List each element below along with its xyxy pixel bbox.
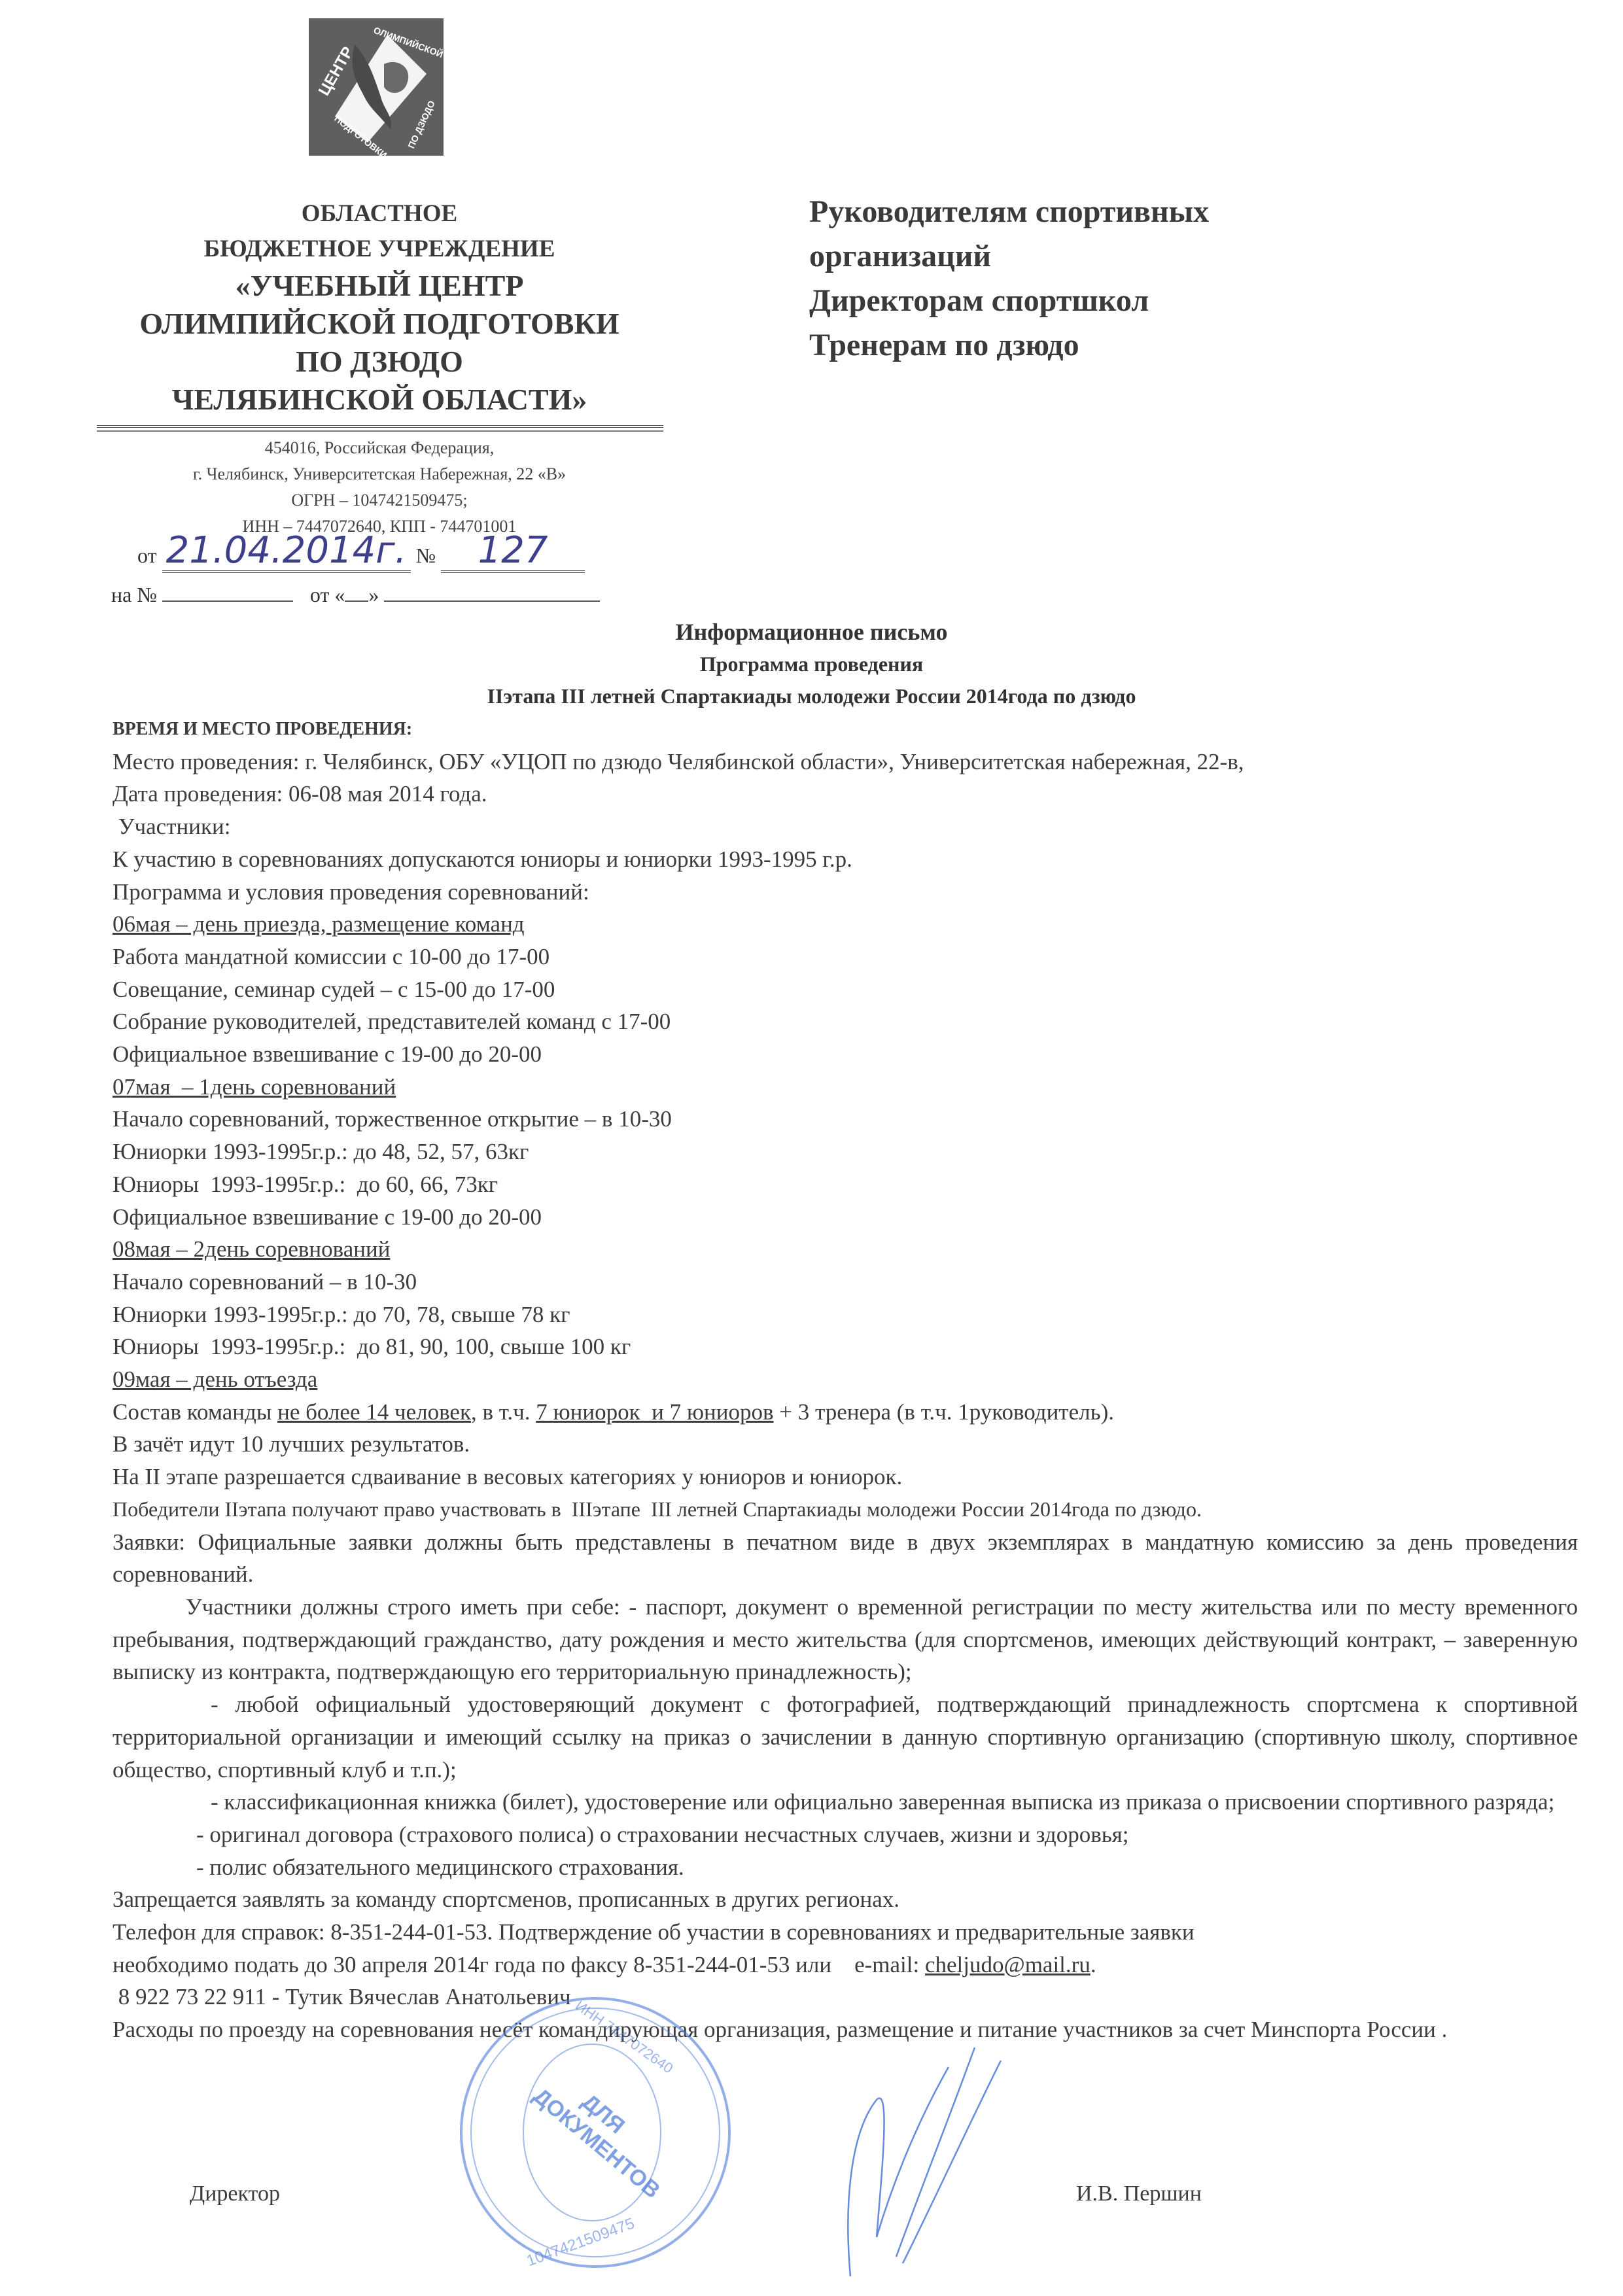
venue-text: Место проведения: г. Челябинск, ОБУ «УЦО… bbox=[113, 746, 1578, 778]
contact-line: необходимо подать до 30 апреля 2014г год… bbox=[113, 1949, 1578, 1981]
org-line: БЮДЖЕТНОЕ УЧРЕЖДЕНИЕ bbox=[92, 232, 667, 267]
team-suffix: + 3 тренера (в т.ч. 1руководитель). bbox=[773, 1399, 1114, 1425]
program-heading: Программа и условия проведения соревнова… bbox=[113, 876, 1578, 909]
team-composition-detail: 7 юниорок и 7 юниоров bbox=[536, 1399, 773, 1425]
scoring-text: В зачёт идут 10 лучших результатов. bbox=[113, 1428, 1578, 1461]
reply-close: » bbox=[368, 583, 379, 606]
number-label: № bbox=[416, 544, 436, 567]
address-line: 454016, Российская Федерация, bbox=[131, 435, 628, 461]
day-title: 06мая – день приезда, размещение команд bbox=[113, 908, 1578, 941]
expenses-text: Расходы по проезду на соревнования несёт… bbox=[113, 2013, 1578, 2046]
organization-address: 454016, Российская Федерация, г. Челябин… bbox=[131, 435, 628, 540]
header-divider-thin bbox=[97, 430, 663, 432]
schedule-item: Начало соревнований, торжественное откры… bbox=[113, 1103, 1578, 1136]
doubling-text: На II этапе разрешается сдваивание в вес… bbox=[113, 1461, 1578, 1493]
document-item: - оригинал договора (страхового полиса) … bbox=[113, 1818, 1578, 1851]
organization-logo: ЦЕНТР ОЛИМПИЙСКОЙ ПОДГОТОВКИ ПО ДЗЮДО bbox=[309, 18, 444, 156]
registration-line: от 21.04.2014г. № 127 bbox=[137, 531, 585, 573]
organization-name: ОБЛАСТНОЕ БЮДЖЕТНОЕ УЧРЕЖДЕНИЕ «УЧЕБНЫЙ … bbox=[92, 196, 667, 419]
participants-text: К участию в соревнованиях допускаются юн… bbox=[113, 843, 1578, 876]
contact-person: 8 922 73 22 911 - Тутик Вячеслав Анатоль… bbox=[113, 1981, 1578, 2013]
winners-text: Победители IIэтапа получают право участв… bbox=[113, 1493, 1578, 1526]
handwritten-signature-icon bbox=[837, 2041, 1021, 2283]
contact-suffix: . bbox=[1091, 1952, 1096, 1977]
team-composition: Состав команды не более 14 человек, в т.… bbox=[113, 1396, 1578, 1429]
team-limit: не более 14 человек bbox=[277, 1399, 471, 1425]
schedule-item: Работа мандатной комиссии с 10-00 до 17-… bbox=[113, 941, 1578, 973]
svg-text:1047421509475: 1047421509475 bbox=[524, 2215, 637, 2270]
address-line: г. Челябинск, Университетская Набережная… bbox=[131, 461, 628, 487]
letter-body: ВРЕМЯ И МЕСТО ПРОВЕДЕНИЯ: Место проведен… bbox=[113, 713, 1578, 2046]
recipient-line: Тренерам по дзюдо bbox=[809, 323, 1209, 368]
letter-titles: Информационное письмо Программа проведен… bbox=[0, 615, 1623, 713]
document-item: - классификационная книжка (билет), удос… bbox=[113, 1786, 1578, 1818]
participants-heading: Участники: bbox=[113, 810, 1578, 843]
recipient-line: Руководителям спортивных bbox=[809, 190, 1209, 234]
schedule-item: Юниорки 1993-1995г.р.: до 48, 52, 57, 63… bbox=[113, 1136, 1578, 1168]
svg-text:ДОКУМЕНТОВ: ДОКУМЕНТОВ bbox=[529, 2083, 665, 2203]
dates-text: Дата проведения: 06-08 мая 2014 года. bbox=[113, 778, 1578, 810]
time-place-heading: ВРЕМЯ И МЕСТО ПРОВЕДЕНИЯ: bbox=[113, 713, 1578, 746]
registration-number: 127 bbox=[441, 531, 585, 573]
day-title: 07мая – 1день соревнований bbox=[113, 1071, 1578, 1104]
schedule-item: Начало соревнований – в 10-30 bbox=[113, 1266, 1578, 1298]
schedule-item: Юниорки 1993-1995г.р.: до 70, 78, свыше … bbox=[113, 1298, 1578, 1331]
applications-text: Заявки: Официальные заявки должны быть п… bbox=[113, 1526, 1578, 1591]
reply-day-blank bbox=[345, 581, 368, 602]
letter-subtitle: Программа проведения bbox=[0, 649, 1623, 679]
judo-center-logo-icon: ЦЕНТР ОЛИМПИЙСКОЙ ПОДГОТОВКИ ПО ДЗЮДО bbox=[309, 18, 444, 156]
recipients-block: Руководителям спортивных организаций Дир… bbox=[809, 190, 1209, 368]
document-item: - полис обязательного медицинского страх… bbox=[113, 1851, 1578, 1884]
recipient-line: организаций bbox=[809, 234, 1209, 279]
schedule-item: Официальное взвешивание с 19-00 до 20-00 bbox=[113, 1038, 1578, 1071]
org-line: «УЧЕБНЫЙ ЦЕНТР bbox=[92, 267, 667, 305]
org-line: ПО ДЗЮДО bbox=[92, 343, 667, 381]
day-title: 08мая – 2день соревнований bbox=[113, 1233, 1578, 1266]
schedule-item: Официальное взвешивание с 19-00 до 20-00 bbox=[113, 1201, 1578, 1234]
address-line: ОГРН – 1047421509475; bbox=[131, 487, 628, 513]
document-item: - любой официальный удостоверяющий докум… bbox=[113, 1688, 1578, 1786]
signer-name: И.В. Першин bbox=[1076, 2182, 1202, 2206]
schedule-item: Юниоры 1993-1995г.р.: до 60, 66, 73кг bbox=[113, 1168, 1578, 1201]
team-prefix: Состав команды bbox=[113, 1399, 277, 1425]
reply-to-label: на № bbox=[111, 583, 157, 606]
from-label: от bbox=[137, 544, 157, 567]
reply-from-label: от « bbox=[310, 583, 345, 606]
event-title: IIэтапа III летней Спартакиады молодежи … bbox=[0, 679, 1623, 713]
header-divider bbox=[97, 425, 663, 428]
documents-intro: Участники должны строго иметь при себе: … bbox=[113, 1591, 1578, 1688]
reply-number-blank bbox=[162, 581, 293, 602]
org-line: ЧЕЛЯБИНСКОЙ ОБЛАСТИ» bbox=[92, 381, 667, 419]
reply-date-blank bbox=[384, 581, 600, 602]
team-middle: , в т.ч. bbox=[471, 1399, 536, 1425]
email-link[interactable]: cheljudo@mail.ru bbox=[925, 1952, 1091, 1977]
registration-date: 21.04.2014г. bbox=[162, 531, 411, 573]
org-line: ОЛИМПИЙСКОЙ ПОДГОТОВКИ bbox=[92, 305, 667, 343]
day-title: 09мая – день отъезда bbox=[113, 1363, 1578, 1396]
schedule-item: Собрание руководителей, представителей к… bbox=[113, 1005, 1578, 1038]
schedule-item: Юниоры 1993-1995г.р.: до 81, 90, 100, св… bbox=[113, 1331, 1578, 1363]
letter-title: Информационное письмо bbox=[0, 615, 1623, 649]
contact-deadline: необходимо подать до 30 апреля 2014г год… bbox=[113, 1952, 925, 1977]
org-line: ОБЛАСТНОЕ bbox=[92, 196, 667, 232]
signer-position: Директор bbox=[190, 2182, 280, 2206]
contact-line: Телефон для справок: 8-351-244-01-53. По… bbox=[113, 1916, 1578, 1949]
svg-text:ДЛЯ: ДЛЯ bbox=[577, 2089, 629, 2139]
prohibition-text: Запрещается заявлять за команду спортсме… bbox=[113, 1883, 1578, 1916]
schedule-item: Совещание, семинар судей – с 15-00 до 17… bbox=[113, 973, 1578, 1006]
recipient-line: Директорам спортшкол bbox=[809, 279, 1209, 323]
reply-reference-line: на № от «» bbox=[111, 581, 600, 607]
